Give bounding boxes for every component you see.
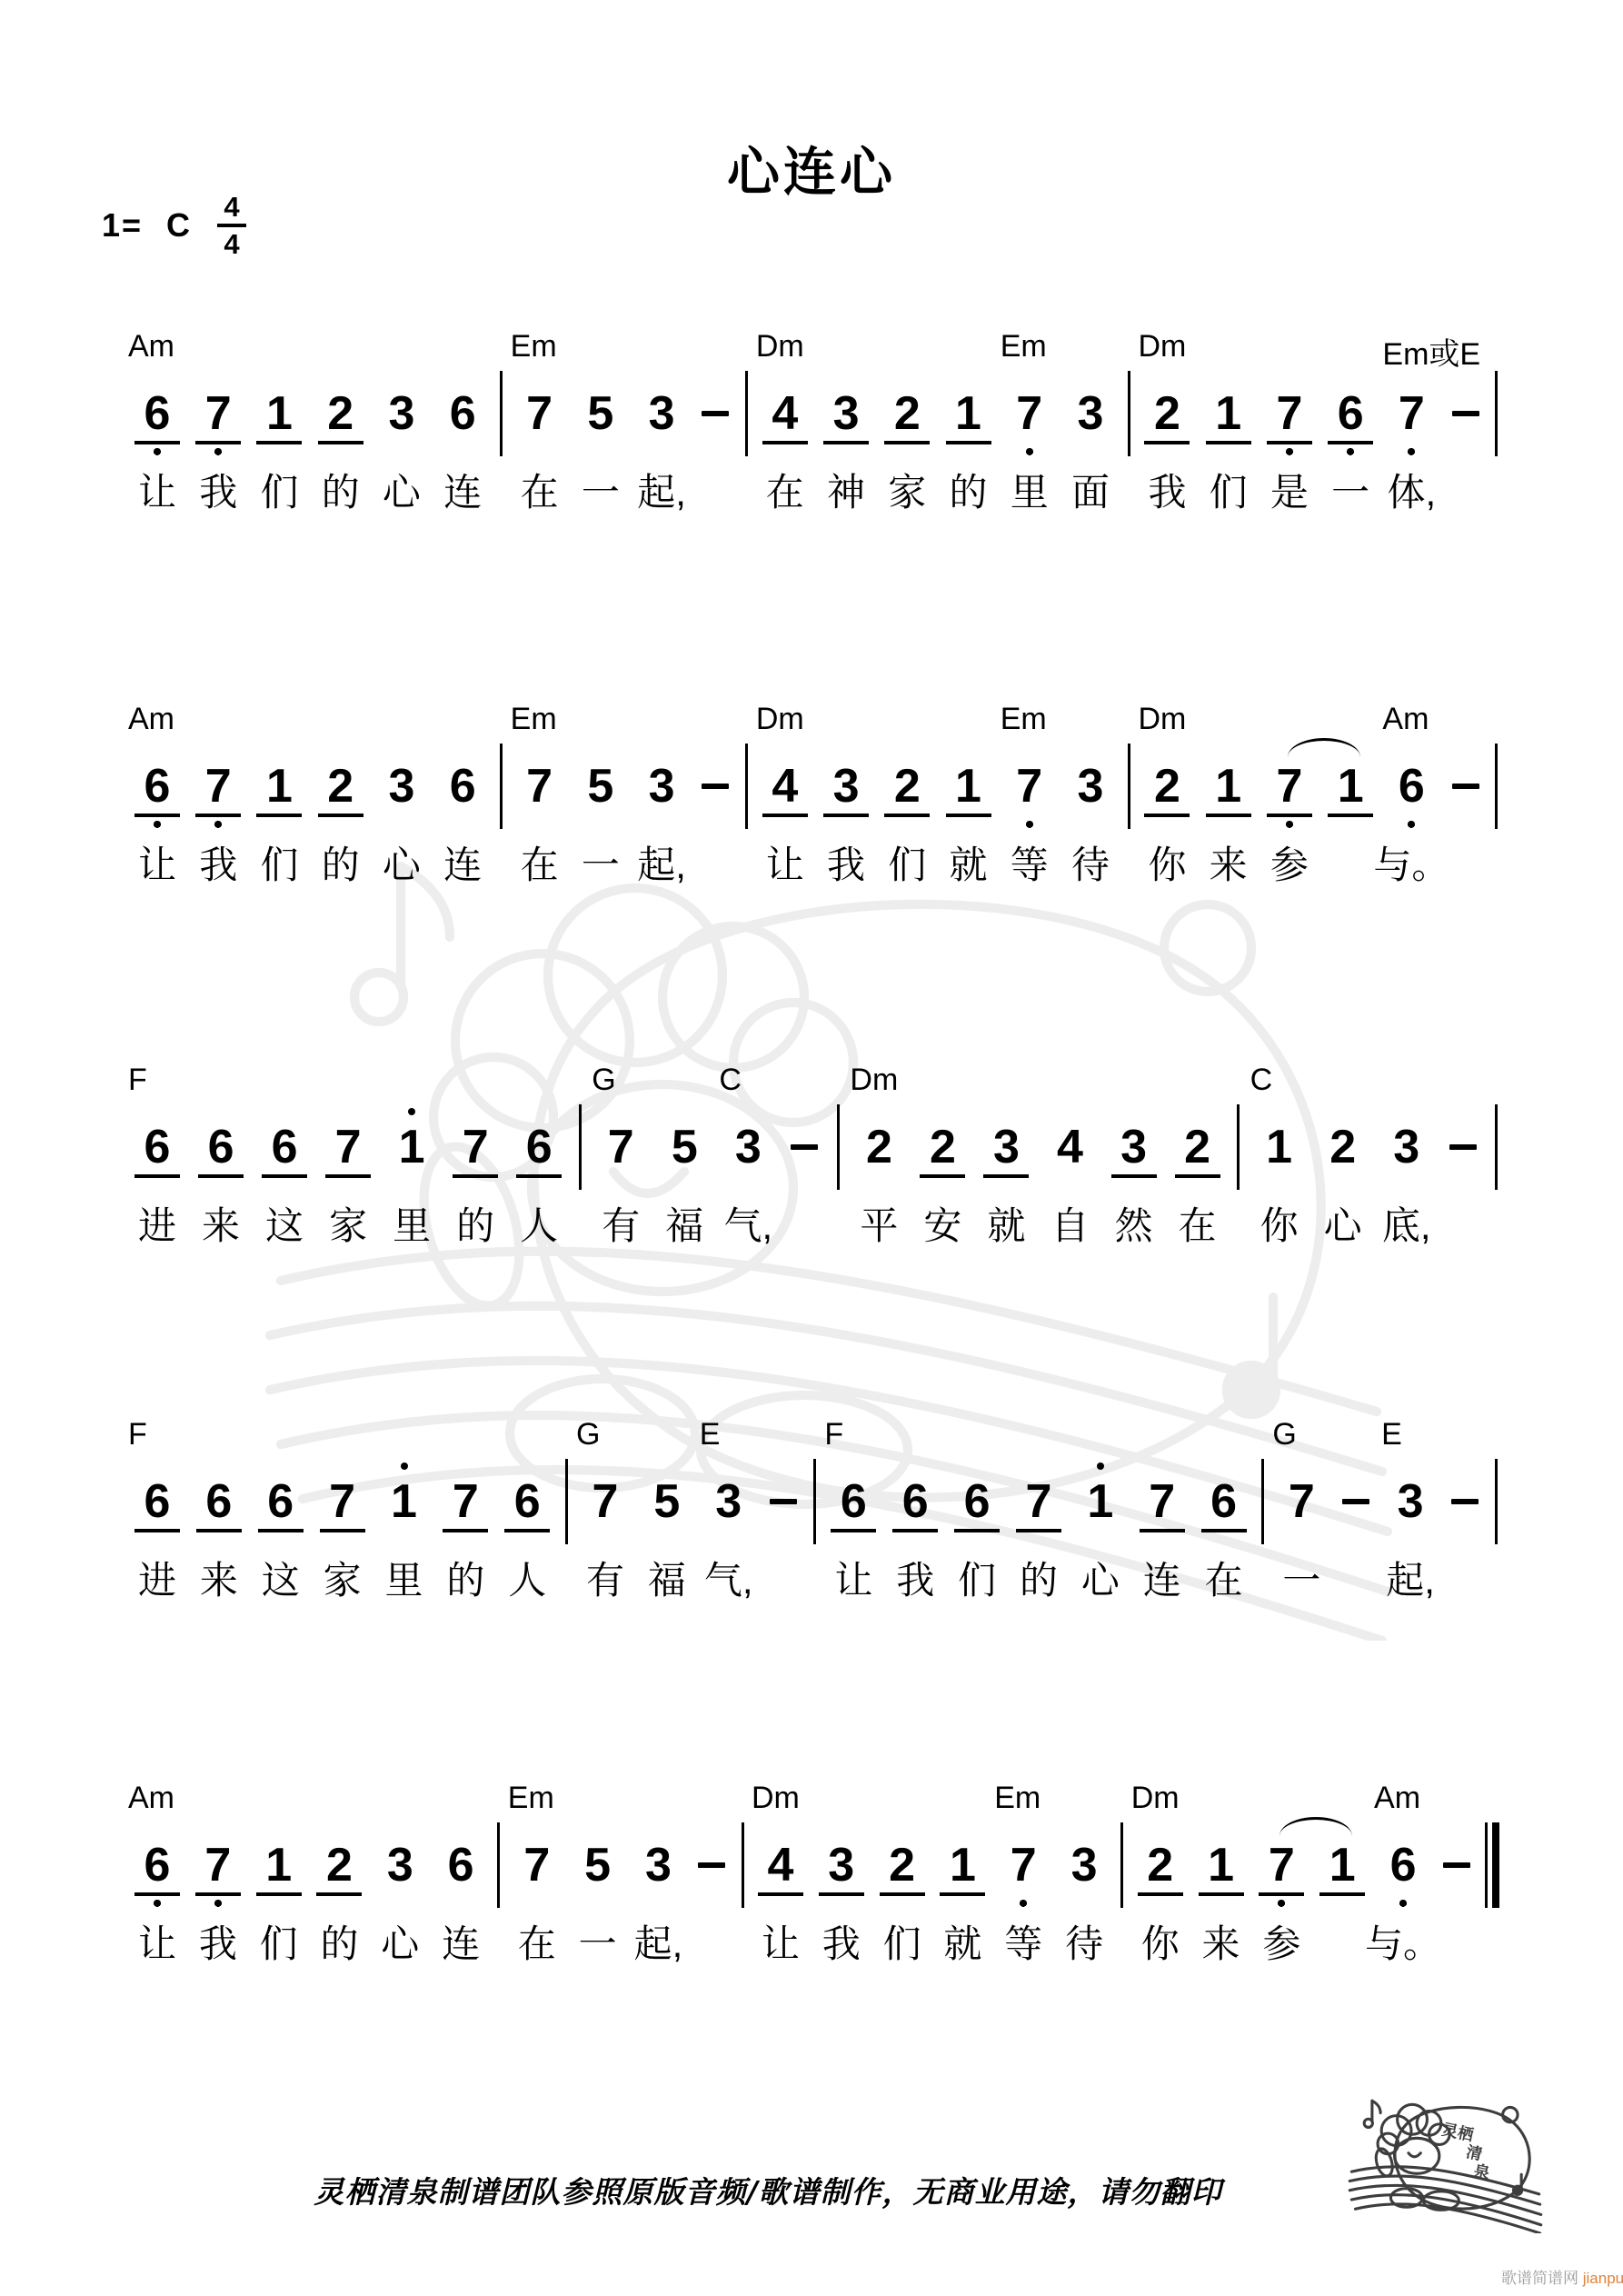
eighth-beam xyxy=(1016,1529,1061,1532)
eighth-beam xyxy=(134,814,180,817)
low-octave-dot xyxy=(536,820,543,833)
note-digit: 3 xyxy=(993,1121,1020,1173)
note-cell: 3神 xyxy=(821,387,871,514)
low-octave-dot xyxy=(154,1899,161,1912)
note-cell: 7家 xyxy=(317,1475,368,1602)
low-octave-dot xyxy=(1347,820,1354,833)
note-cell: 7是 xyxy=(1264,387,1315,514)
note-cell: 7参 xyxy=(1256,1839,1307,1966)
note-cell: 7我 xyxy=(193,1839,244,1966)
dash-note xyxy=(1439,1839,1475,1868)
note-digit: 7 xyxy=(1269,1839,1295,1892)
eighth-beam xyxy=(1380,1892,1426,1896)
key-signature: 1= C 4 4 xyxy=(102,193,246,258)
eighth-beam xyxy=(1068,814,1113,817)
note-cell: Dm4让 xyxy=(755,1839,806,1966)
lyric-syllable: 参 xyxy=(1270,844,1309,887)
lyric-syllable: 有 xyxy=(586,1559,624,1602)
low-octave-dot xyxy=(965,820,972,833)
chord-label: E xyxy=(700,1417,721,1452)
note-cell: 3起, xyxy=(632,1839,683,1966)
eighth-beam xyxy=(1388,1529,1433,1532)
low-octave-dot xyxy=(281,1181,288,1193)
dash-stroke xyxy=(1449,1144,1477,1150)
chord-label: Em xyxy=(1001,329,1047,364)
note-cell: F6进 xyxy=(132,1475,183,1602)
dash-note xyxy=(697,760,733,789)
lyric-syllable: 福 xyxy=(665,1204,703,1248)
eighth-beam xyxy=(1007,441,1052,444)
note-digit: 7 xyxy=(204,1839,231,1892)
note-digit: 1 xyxy=(1215,760,1241,813)
eighth-beam xyxy=(517,441,563,444)
note-digit: 4 xyxy=(772,387,798,440)
high-octave-dot xyxy=(401,1462,408,1470)
note-cell: 7的 xyxy=(1013,1475,1064,1602)
note-digit: 2 xyxy=(1147,1839,1173,1892)
eighth-beam xyxy=(880,1892,925,1896)
low-octave-dot xyxy=(398,820,405,833)
note-cell: F6进 xyxy=(132,1121,183,1248)
lyric-syllable: 的 xyxy=(950,471,988,514)
lyric-syllable: 一 xyxy=(582,471,620,514)
lyric-syllable: 们 xyxy=(260,1922,298,1966)
note-cell: 1心 xyxy=(1075,1475,1126,1602)
music-system-2: Am6让7我1们2的3心6连Em7在5一3起,Dm4让3我2们1就Em7等3待D… xyxy=(132,689,1499,887)
low-octave-dot xyxy=(1130,1181,1138,1193)
note-digit: 6 xyxy=(144,1475,171,1528)
note-digit: 6 xyxy=(1338,387,1364,440)
note-cell: Dm2你 xyxy=(1141,760,1192,887)
eighth-beam xyxy=(819,1892,864,1896)
note-cell: 2在 xyxy=(1172,1121,1223,1248)
barline xyxy=(1494,760,1499,829)
barline xyxy=(1126,387,1131,456)
note-digit: 3 xyxy=(1078,387,1104,440)
eighth-beam xyxy=(256,1892,302,1896)
note-digit: 7 xyxy=(1289,1475,1315,1528)
barline-stroke xyxy=(1237,1104,1240,1190)
lyric-syllable: 在 xyxy=(521,471,559,514)
lyric-syllable: 的 xyxy=(322,471,360,514)
lyric-syllable: 人 xyxy=(508,1559,546,1602)
note-digit: 7 xyxy=(526,760,553,813)
eighth-beam xyxy=(134,1174,180,1178)
note-digit: 1 xyxy=(391,1475,417,1528)
lyric-syllable: 起, xyxy=(1386,1559,1435,1602)
note-digit: 3 xyxy=(833,387,860,440)
eighth-beam xyxy=(1140,1529,1185,1532)
note-cell: 3底, xyxy=(1381,1121,1432,1248)
note-cell: 1来 xyxy=(1203,760,1254,887)
note-cell: 2的 xyxy=(314,1839,364,1966)
note-digit: 6 xyxy=(1210,1475,1237,1528)
low-octave-dot xyxy=(215,1535,223,1548)
eighth-beam xyxy=(318,814,363,817)
note-digit: 6 xyxy=(450,760,476,813)
eighth-beam xyxy=(1144,814,1190,817)
eighth-beam xyxy=(644,1529,690,1532)
music-system-1: Am6让7我1们2的3心6连Em7在5一3起,Dm4在3神2家1的Em7里3面D… xyxy=(132,316,1499,514)
dash-stroke xyxy=(1452,411,1479,416)
lyric-syllable: 起, xyxy=(637,471,686,514)
dash-stroke xyxy=(791,1144,818,1150)
lyric-syllable: 里 xyxy=(1011,471,1049,514)
note-digit: 3 xyxy=(649,760,675,813)
note-cell: Am6与。 xyxy=(1386,760,1437,887)
eighth-beam xyxy=(578,814,623,817)
note-digit: 6 xyxy=(267,1475,294,1528)
chord-label: Am xyxy=(128,702,174,737)
note-cell: Em7里 xyxy=(1004,387,1055,514)
note-cell: E3气, xyxy=(703,1475,754,1602)
low-octave-dot xyxy=(1407,1535,1414,1548)
barline xyxy=(744,387,750,456)
final-thin-stroke xyxy=(1485,1822,1488,1908)
dash-note xyxy=(1445,1121,1481,1150)
lyric-syllable: 平 xyxy=(860,1204,898,1248)
note-cell: 6一 xyxy=(1325,387,1376,514)
note-cell: 1们 xyxy=(254,760,304,887)
lyric-syllable: 底, xyxy=(1382,1204,1431,1248)
lyric-syllable: 自 xyxy=(1050,1204,1089,1248)
note-digit: 1 xyxy=(950,1839,976,1892)
low-octave-dot xyxy=(658,447,665,460)
note-digit: 4 xyxy=(767,1839,793,1892)
eighth-beam xyxy=(1267,441,1312,444)
note-digit: 7 xyxy=(1011,1839,1037,1892)
system-cells: Am6让7我1们2的3心6连Em7在5一3起,Dm4让3我2们1就Em7等3待D… xyxy=(132,689,1499,887)
note-digit: 3 xyxy=(1078,760,1104,813)
barline-stroke xyxy=(500,371,503,456)
note-cell: 6来 xyxy=(195,1121,246,1248)
eighth-beam xyxy=(1389,814,1434,817)
note-digit: 7 xyxy=(1276,760,1302,813)
note-digit: 3 xyxy=(833,760,860,813)
note-digit: 3 xyxy=(1120,1121,1147,1173)
note-digit: 6 xyxy=(272,1121,298,1173)
note-cell: 2的 xyxy=(315,760,366,887)
chord-label: Em xyxy=(511,329,557,364)
note-digit: 3 xyxy=(715,1475,742,1528)
note-digit: 6 xyxy=(144,760,171,813)
low-octave-dot xyxy=(1097,1535,1104,1548)
eighth-beam xyxy=(1206,441,1251,444)
note-digit: 3 xyxy=(645,1839,672,1892)
eighth-beam xyxy=(195,1892,241,1896)
low-octave-dot xyxy=(1157,1899,1164,1912)
low-octave-dot xyxy=(396,1899,403,1912)
lyric-syllable: 就 xyxy=(943,1922,981,1966)
eighth-beam xyxy=(575,1892,621,1896)
dash-stroke xyxy=(1342,1499,1369,1504)
low-octave-dot xyxy=(457,1899,464,1912)
note-cell: 5一 xyxy=(575,387,626,514)
note-cell: 3待 xyxy=(1065,760,1116,887)
low-octave-dot xyxy=(339,1535,346,1548)
dash-note xyxy=(765,1475,802,1504)
note-digit: 6 xyxy=(841,1475,867,1528)
lyric-syllable: 待 xyxy=(1065,1922,1103,1966)
dash-note xyxy=(1447,1475,1483,1504)
low-octave-dot xyxy=(1286,447,1293,460)
low-octave-dot xyxy=(1399,1899,1407,1912)
note-cell: 5福 xyxy=(642,1475,692,1602)
low-octave-dot xyxy=(275,447,283,460)
eighth-beam xyxy=(639,814,684,817)
eighth-beam xyxy=(1138,1892,1183,1896)
note-digit: 6 xyxy=(144,1121,171,1173)
note-cell: 6来 xyxy=(194,1475,244,1602)
note-cell: 6连 xyxy=(437,760,488,887)
eighth-beam xyxy=(823,814,869,817)
eighth-beam xyxy=(379,814,424,817)
note-cell: Em7在 xyxy=(514,760,565,887)
lyric-syllable: 们 xyxy=(1210,471,1248,514)
eighth-beam xyxy=(1384,1174,1429,1178)
lyric-syllable: 你 xyxy=(1141,1922,1180,1966)
note-digit: 7 xyxy=(1399,387,1425,440)
dash-note xyxy=(697,387,733,416)
barline-stroke xyxy=(1495,1104,1498,1190)
low-octave-dot xyxy=(1002,1181,1010,1193)
low-octave-dot xyxy=(973,1535,981,1548)
note-digit: 3 xyxy=(1398,1475,1424,1528)
lyric-syllable: 一 xyxy=(582,844,620,887)
lyric-syllable: 起, xyxy=(637,844,686,887)
note-cell: 6人 xyxy=(513,1121,564,1248)
tie-arc xyxy=(1279,1817,1352,1836)
note-cell: 2们 xyxy=(881,760,932,887)
lyric-syllable: 神 xyxy=(827,471,865,514)
low-octave-dot xyxy=(1218,1899,1225,1912)
eighth-beam xyxy=(1328,814,1373,817)
note-digit: 7 xyxy=(329,1475,355,1528)
lyric-syllable: 来 xyxy=(202,1204,240,1248)
note-digit: 2 xyxy=(1329,1121,1356,1173)
lyric-syllable: 里 xyxy=(393,1204,431,1248)
barline xyxy=(812,1475,818,1544)
lyric-syllable: 进 xyxy=(138,1559,176,1602)
eighth-beam xyxy=(578,441,623,444)
note-cell: 3面 xyxy=(1065,387,1116,514)
note-cell: 3心 xyxy=(376,387,427,514)
note-digit: 6 xyxy=(514,1475,541,1528)
low-octave-dot xyxy=(850,1535,857,1548)
eighth-beam xyxy=(134,1892,180,1896)
eighth-beam xyxy=(517,814,563,817)
lyric-syllable: 在 xyxy=(521,844,559,887)
low-octave-dot xyxy=(459,447,466,460)
dash-note xyxy=(1448,387,1484,416)
low-octave-dot xyxy=(1026,820,1033,833)
lyric-syllable: 在 xyxy=(1179,1204,1217,1248)
eighth-beam xyxy=(195,441,241,444)
lyric-syllable: 连 xyxy=(443,844,482,887)
site-mark: 歌谱简谱网 jianpu.cn xyxy=(1501,2265,1623,2288)
note-cell: 2家 xyxy=(881,387,932,514)
note-digit: 3 xyxy=(1393,1121,1419,1173)
dash-stroke xyxy=(1443,1862,1470,1868)
note-digit: 5 xyxy=(587,387,613,440)
chord-label: Dm xyxy=(752,1781,800,1816)
eighth-beam xyxy=(1048,1174,1093,1178)
barline-stroke xyxy=(745,744,748,829)
note-cell: 7我 xyxy=(193,760,244,887)
note-digit: 6 xyxy=(1399,760,1425,813)
eighth-beam xyxy=(389,1174,434,1178)
chord-label: F xyxy=(824,1417,843,1452)
eighth-beam xyxy=(516,1174,562,1178)
low-octave-dot xyxy=(1080,1899,1088,1912)
chord-label: Am xyxy=(1374,1781,1420,1816)
barline xyxy=(835,1121,841,1190)
eighth-beam xyxy=(758,1892,803,1896)
eighth-beam xyxy=(316,1892,362,1896)
eighth-beam xyxy=(440,814,485,817)
lyric-syllable: 的 xyxy=(322,844,360,887)
lyric-syllable: 参 xyxy=(1262,1922,1300,1966)
eighth-beam xyxy=(954,1529,1000,1532)
credit-line: 灵栖清泉制谱团队参照原版音频/歌谱制作，无商业用途，请勿翻印 xyxy=(0,2169,1536,2211)
low-octave-dot xyxy=(1278,1899,1285,1912)
lyric-syllable: 就 xyxy=(987,1204,1025,1248)
low-octave-dot xyxy=(1286,820,1293,833)
low-octave-dot xyxy=(275,1899,283,1912)
note-cell: G7有 xyxy=(595,1121,646,1248)
lyric-syllable: 等 xyxy=(1004,1922,1042,1966)
time-numerator: 4 xyxy=(224,193,239,221)
note-cell: Dm2你 xyxy=(1135,1839,1186,1966)
eighth-beam xyxy=(320,1529,365,1532)
lyric-syllable: 连 xyxy=(1143,1559,1181,1602)
eighth-beam xyxy=(1201,1529,1247,1532)
lyric-syllable: 在 xyxy=(766,471,804,514)
lyric-syllable: 连 xyxy=(443,471,482,514)
low-octave-dot xyxy=(777,1899,784,1912)
note-cell: 1们 xyxy=(254,1839,304,1966)
lyric-syllable: 来 xyxy=(1210,844,1248,887)
lyric-syllable: 心 xyxy=(381,1922,419,1966)
note-cell: G7有 xyxy=(580,1475,631,1602)
note-cell: 7家 xyxy=(323,1121,373,1248)
eighth-beam xyxy=(1078,1529,1123,1532)
dash-stroke xyxy=(770,1499,797,1504)
note-digit: 2 xyxy=(1154,387,1180,440)
chord-label: F xyxy=(128,1063,147,1098)
note-digit: 1 xyxy=(955,760,981,813)
time-denominator: 4 xyxy=(224,230,239,258)
low-octave-dot xyxy=(533,1899,541,1912)
note-digit: 4 xyxy=(772,760,798,813)
eighth-beam xyxy=(379,441,424,444)
note-digit: 1 xyxy=(1329,1839,1356,1892)
note-digit: 6 xyxy=(144,387,171,440)
music-system-5: Am6让7我1们2的3心6连Em7在5一3起,Dm4让3我2们1就Em7等3待D… xyxy=(132,1768,1499,1966)
system-cells: F6进6来6这7家1里7的6人G7有5福C3气,Dm2平2安3就4自3然2在C1… xyxy=(132,1050,1499,1248)
low-octave-dot xyxy=(1225,447,1232,460)
chord-label: Dm xyxy=(1131,1781,1180,1816)
dash-stroke xyxy=(702,784,729,789)
chord-label: Em xyxy=(994,1781,1041,1816)
chord-label: Am xyxy=(128,329,174,364)
note-cell: C1你 xyxy=(1254,1121,1305,1248)
lyric-syllable: 家 xyxy=(329,1204,367,1248)
note-cell: 7连 xyxy=(1137,1475,1188,1602)
note-digit: 1 xyxy=(1215,387,1241,440)
low-octave-dot xyxy=(275,820,283,833)
low-octave-dot xyxy=(597,820,604,833)
system-cells: Am6让7我1们2的3心6连Em7在5一3起,Dm4在3神2家1的Em7里3面D… xyxy=(132,316,1499,514)
low-octave-dot xyxy=(597,447,604,460)
site-name: 歌谱简谱网 xyxy=(1501,2270,1578,2287)
low-octave-dot xyxy=(911,1535,919,1548)
note-digit: 6 xyxy=(1390,1839,1417,1892)
low-octave-dot xyxy=(408,1181,415,1193)
barline-stroke xyxy=(1120,1822,1123,1908)
low-octave-dot xyxy=(903,820,911,833)
lyric-syllable: 的 xyxy=(1020,1559,1058,1602)
dash-stroke xyxy=(1452,784,1479,789)
site-url: jianpu.cn xyxy=(1583,2270,1623,2287)
note-digit: 2 xyxy=(327,760,353,813)
chord-label: Em或E xyxy=(1382,329,1480,374)
low-octave-dot xyxy=(401,1535,408,1548)
note-digit: 1 xyxy=(266,387,293,440)
note-cell: Am6让 xyxy=(132,1839,183,1966)
lyric-syllable: 这 xyxy=(265,1204,304,1248)
lyric-syllable: 们 xyxy=(260,844,298,887)
low-octave-dot xyxy=(782,820,789,833)
eighth-beam xyxy=(196,1529,242,1532)
eighth-beam xyxy=(258,1529,304,1532)
note-digit: 7 xyxy=(1016,387,1042,440)
low-octave-dot xyxy=(602,1535,609,1548)
eighth-beam xyxy=(443,1529,488,1532)
low-octave-dot xyxy=(1276,1181,1283,1193)
note-digit: 3 xyxy=(388,760,414,813)
low-octave-dot xyxy=(1035,1535,1042,1548)
lyric-syllable: 在 xyxy=(518,1922,556,1966)
low-octave-dot xyxy=(535,1181,543,1193)
lyric-syllable: 一 xyxy=(579,1922,617,1966)
eighth-beam xyxy=(582,1529,628,1532)
eighth-beam xyxy=(1320,1174,1366,1178)
lyric-syllable: 我 xyxy=(822,1922,861,1966)
note-cell: 1的 xyxy=(943,387,994,514)
dash-stroke xyxy=(1451,1499,1479,1504)
low-octave-dot xyxy=(337,820,344,833)
note-cell: 3起, xyxy=(636,387,687,514)
low-octave-dot xyxy=(277,1535,284,1548)
lyric-syllable: 我 xyxy=(199,1922,237,1966)
note-cell: 4自 xyxy=(1045,1121,1096,1248)
lyric-syllable: 然 xyxy=(1115,1204,1153,1248)
dash-note xyxy=(1338,1475,1374,1504)
note-cell: 1里 xyxy=(379,1475,430,1602)
eighth-beam xyxy=(598,1174,643,1178)
barline-stroke xyxy=(497,1822,500,1908)
lyric-syllable: 心 xyxy=(1324,1204,1362,1248)
note-digit: 1 xyxy=(1087,1475,1113,1528)
eighth-beam xyxy=(639,441,684,444)
chord-label: Em xyxy=(1001,702,1047,737)
low-octave-dot xyxy=(335,1899,343,1912)
logo-text-mid: 清 xyxy=(1465,2142,1484,2163)
note-digit: 3 xyxy=(649,387,675,440)
eighth-beam xyxy=(325,1174,371,1178)
eighth-beam xyxy=(1144,441,1190,444)
